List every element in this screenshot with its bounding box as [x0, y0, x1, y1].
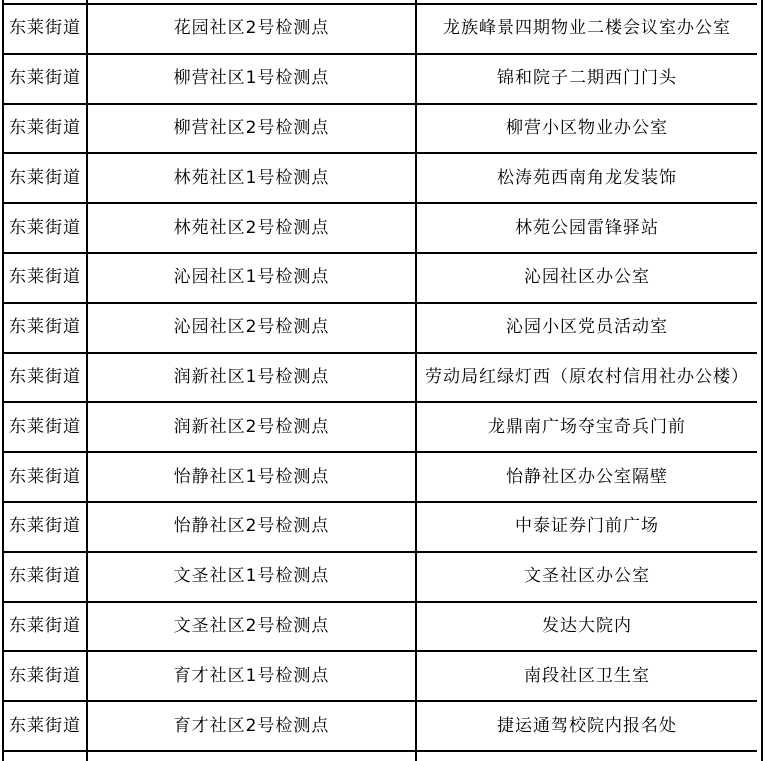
site-cell: 沁园社区2号检测点 [88, 304, 417, 354]
table-row: 东莱街道 林苑社区2号检测点 林苑公园雷锋驿站 [4, 204, 761, 254]
table-row: 东莱街道 林苑社区1号检测点 松涛苑西南角龙发装饰 [4, 154, 761, 204]
location-cell-clipped [417, 752, 757, 761]
site-cell: 柳营社区1号检测点 [88, 55, 417, 105]
table-row: 东莱街道 文圣社区2号检测点 发达大院内 [4, 603, 761, 653]
location-cell: 沁园小区党员活动室 [417, 304, 757, 354]
location-cell: 沁园社区办公室 [417, 254, 757, 304]
site-cell: 沁园社区1号检测点 [88, 254, 417, 304]
street-cell: 东莱街道 [4, 702, 88, 752]
site-cell: 育才社区2号检测点 [88, 702, 417, 752]
site-cell: 林苑社区2号检测点 [88, 204, 417, 254]
location-cell: 松涛苑西南角龙发装饰 [417, 154, 757, 204]
table-row: 东莱街道 怡静社区1号检测点 怡静社区办公室隔壁 [4, 453, 761, 503]
table-row: 东莱街道 润新社区1号检测点 劳动局红绿灯西（原农村信用社办公楼） [4, 354, 761, 404]
location-cell: 柳营小区物业办公室 [417, 105, 757, 155]
street-cell: 东莱街道 [4, 154, 88, 204]
table-row: 东莱街道 文圣社区1号检测点 文圣社区办公室 [4, 553, 761, 603]
site-cell: 柳营社区2号检测点 [88, 105, 417, 155]
street-cell: 东莱街道 [4, 503, 88, 553]
street-cell: 东莱街道 [4, 354, 88, 404]
site-cell: 怡静社区1号检测点 [88, 453, 417, 503]
street-cell: 东莱街道 [4, 204, 88, 254]
location-cell: 林苑公园雷锋驿站 [417, 204, 757, 254]
table-row: 东莱街道 柳营社区1号检测点 锦和院子二期西门门头 [4, 55, 761, 105]
table-row: 东莱街道 润新社区2号检测点 龙鼎南广场夺宝奇兵门前 [4, 403, 761, 453]
checkpoint-table: 东莱街道 花园社区2号检测点 龙族峰景四期物业二楼会议室办公室 东莱街道 柳营社… [2, 0, 763, 761]
site-cell: 文圣社区1号检测点 [88, 553, 417, 603]
street-cell: 东莱街道 [4, 254, 88, 304]
table-row: 东莱街道 育才社区2号检测点 捷运通驾校院内报名处 [4, 702, 761, 752]
site-cell: 花园社区2号检测点 [88, 5, 417, 55]
site-cell: 文圣社区2号检测点 [88, 603, 417, 653]
site-cell: 润新社区2号检测点 [88, 403, 417, 453]
location-cell: 南段社区卫生室 [417, 652, 757, 702]
street-cell: 东莱街道 [4, 603, 88, 653]
street-cell: 东莱街道 [4, 5, 88, 55]
location-cell: 中泰证券门前广场 [417, 503, 757, 553]
table-row: 东莱街道 柳营社区2号检测点 柳营小区物业办公室 [4, 105, 761, 155]
site-cell-clipped [88, 752, 417, 761]
table-row: 东莱街道 花园社区2号检测点 龙族峰景四期物业二楼会议室办公室 [4, 5, 761, 55]
site-cell: 怡静社区2号检测点 [88, 503, 417, 553]
site-cell: 育才社区1号检测点 [88, 652, 417, 702]
location-cell: 龙鼎南广场夺宝奇兵门前 [417, 403, 757, 453]
street-cell: 东莱街道 [4, 403, 88, 453]
street-cell: 东莱街道 [4, 453, 88, 503]
location-cell: 怡静社区办公室隔壁 [417, 453, 757, 503]
table-row: 东莱街道 育才社区1号检测点 南段社区卫生室 [4, 652, 761, 702]
street-cell: 东莱街道 [4, 553, 88, 603]
street-cell: 东莱街道 [4, 55, 88, 105]
location-cell: 龙族峰景四期物业二楼会议室办公室 [417, 5, 757, 55]
location-cell: 捷运通驾校院内报名处 [417, 702, 757, 752]
partial-row-bottom [4, 752, 761, 761]
site-cell: 林苑社区1号检测点 [88, 154, 417, 204]
location-cell: 发达大院内 [417, 603, 757, 653]
site-cell: 润新社区1号检测点 [88, 354, 417, 404]
table-row: 东莱街道 怡静社区2号检测点 中泰证券门前广场 [4, 503, 761, 553]
table-row: 东莱街道 沁园社区1号检测点 沁园社区办公室 [4, 254, 761, 304]
table-row: 东莱街道 沁园社区2号检测点 沁园小区党员活动室 [4, 304, 761, 354]
location-cell: 劳动局红绿灯西（原农村信用社办公楼） [417, 354, 757, 404]
street-cell: 东莱街道 [4, 105, 88, 155]
location-cell: 文圣社区办公室 [417, 553, 757, 603]
street-cell-clipped [4, 752, 88, 761]
location-cell: 锦和院子二期西门门头 [417, 55, 757, 105]
street-cell: 东莱街道 [4, 304, 88, 354]
street-cell: 东莱街道 [4, 652, 88, 702]
